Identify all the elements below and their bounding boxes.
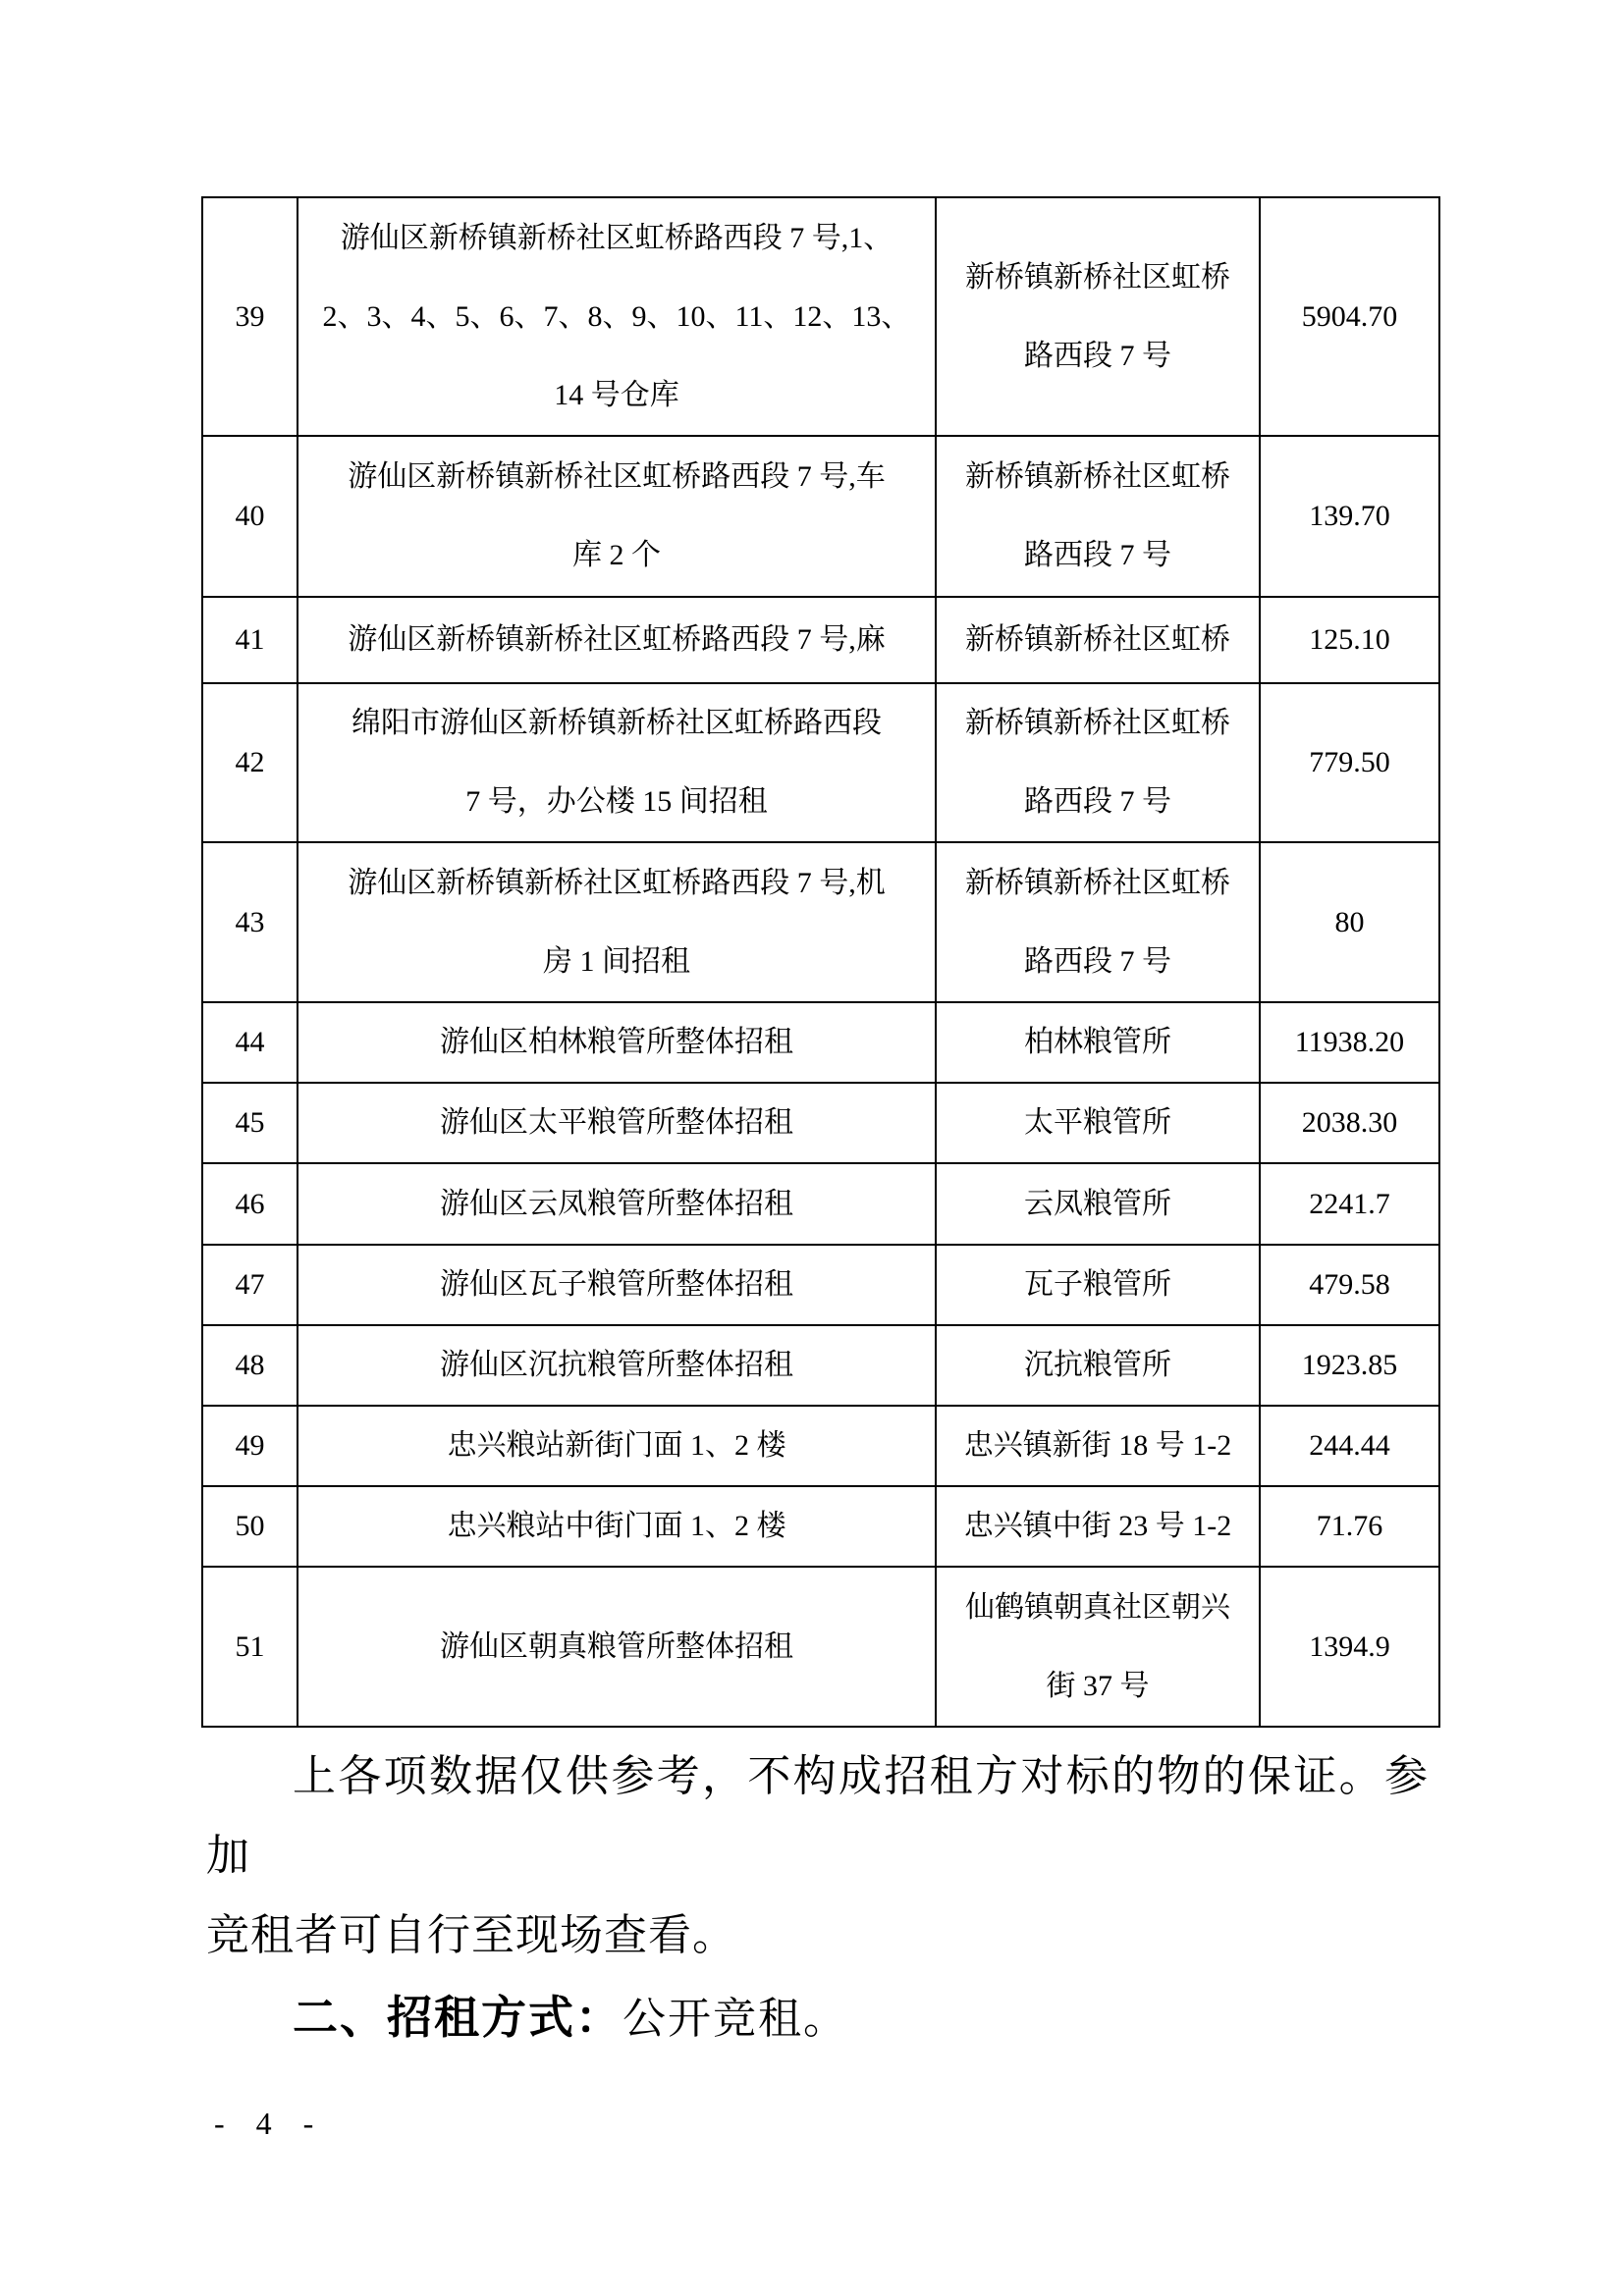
area-cell: 5904.70 xyxy=(1260,197,1439,436)
description-cell: 游仙区沉抗粮管所整体招租 xyxy=(298,1325,936,1406)
description-cell: 游仙区新桥镇新桥社区虹桥路西段 7 号,机 房 1 间招租 xyxy=(298,842,936,1002)
description-cell: 游仙区朝真粮管所整体招租 xyxy=(298,1567,936,1727)
location-cell: 新桥镇新桥社区虹桥 xyxy=(936,597,1260,683)
row-index-cell: 41 xyxy=(202,597,298,683)
area-cell: 479.58 xyxy=(1260,1245,1439,1325)
description-cell: 游仙区新桥镇新桥社区虹桥路西段 7 号,1、 2、3、4、5、6、7、8、9、1… xyxy=(298,197,936,436)
section-heading-value: 公开竞租。 xyxy=(623,1995,848,2043)
location-cell: 沉抗粮管所 xyxy=(936,1325,1260,1406)
section-heading-label: 二、招租方式： xyxy=(293,1992,623,2043)
notes-paragraph: 上各项数据仅供参考，不构成招租方对标的物的保证。参加 竞租者可自行至现场查看。 xyxy=(206,1736,1429,1975)
area-cell: 2241.7 xyxy=(1260,1163,1439,1245)
row-index-cell: 39 xyxy=(202,197,298,436)
description-cell: 忠兴粮站新街门面 1、2 楼 xyxy=(298,1406,936,1486)
area-cell: 11938.20 xyxy=(1260,1002,1439,1083)
description-cell: 游仙区新桥镇新桥社区虹桥路西段 7 号,车 库 2 个 xyxy=(298,436,936,597)
table-row: 46 游仙区云凤粮管所整体招租 云凤粮管所 2241.7 xyxy=(202,1163,1439,1245)
section-heading: 二、招租方式：公开竞租。 xyxy=(206,1978,1429,2058)
description-cell: 绵阳市游仙区新桥镇新桥社区虹桥路西段 7 号，办公楼 15 间招租 xyxy=(298,683,936,842)
location-cell: 新桥镇新桥社区虹桥 路西段 7 号 xyxy=(936,197,1260,436)
area-cell: 71.76 xyxy=(1260,1486,1439,1567)
location-cell: 太平粮管所 xyxy=(936,1083,1260,1163)
description-cell: 忠兴粮站中街门面 1、2 楼 xyxy=(298,1486,936,1567)
row-index-cell: 43 xyxy=(202,842,298,1002)
location-cell: 忠兴镇中街 23 号 1-2 xyxy=(936,1486,1260,1567)
area-cell: 2038.30 xyxy=(1260,1083,1439,1163)
page-number: - 4 - xyxy=(214,2106,325,2142)
table-row: 44 游仙区柏林粮管所整体招租 柏林粮管所 11938.20 xyxy=(202,1002,1439,1083)
location-cell: 云凤粮管所 xyxy=(936,1163,1260,1245)
row-index-cell: 50 xyxy=(202,1486,298,1567)
location-cell: 新桥镇新桥社区虹桥 路西段 7 号 xyxy=(936,683,1260,842)
description-cell: 游仙区太平粮管所整体招租 xyxy=(298,1083,936,1163)
row-index-cell: 40 xyxy=(202,436,298,597)
area-cell: 1923.85 xyxy=(1260,1325,1439,1406)
row-index-cell: 45 xyxy=(202,1083,298,1163)
area-cell: 1394.9 xyxy=(1260,1567,1439,1727)
document-page: 39 游仙区新桥镇新桥社区虹桥路西段 7 号,1、 2、3、4、5、6、7、8、… xyxy=(0,0,1624,2296)
row-index-cell: 51 xyxy=(202,1567,298,1727)
row-index-cell: 44 xyxy=(202,1002,298,1083)
table-row: 40 游仙区新桥镇新桥社区虹桥路西段 7 号,车 库 2 个 新桥镇新桥社区虹桥… xyxy=(202,436,1439,597)
location-cell: 仙鹤镇朝真社区朝兴 街 37 号 xyxy=(936,1567,1260,1727)
description-cell: 游仙区云凤粮管所整体招租 xyxy=(298,1163,936,1245)
row-index-cell: 42 xyxy=(202,683,298,842)
table-row: 43 游仙区新桥镇新桥社区虹桥路西段 7 号,机 房 1 间招租 新桥镇新桥社区… xyxy=(202,842,1439,1002)
table-row: 45 游仙区太平粮管所整体招租 太平粮管所 2038.30 xyxy=(202,1083,1439,1163)
area-cell: 125.10 xyxy=(1260,597,1439,683)
location-cell: 新桥镇新桥社区虹桥 路西段 7 号 xyxy=(936,436,1260,597)
table-row: 50 忠兴粮站中街门面 1、2 楼 忠兴镇中街 23 号 1-2 71.76 xyxy=(202,1486,1439,1567)
lease-properties-table: 39 游仙区新桥镇新桥社区虹桥路西段 7 号,1、 2、3、4、5、6、7、8、… xyxy=(201,196,1440,1728)
row-index-cell: 49 xyxy=(202,1406,298,1486)
table-row: 41 游仙区新桥镇新桥社区虹桥路西段 7 号,麻 新桥镇新桥社区虹桥 125.1… xyxy=(202,597,1439,683)
table-row: 51 游仙区朝真粮管所整体招租 仙鹤镇朝真社区朝兴 街 37 号 1394.9 xyxy=(202,1567,1439,1727)
table-row: 39 游仙区新桥镇新桥社区虹桥路西段 7 号,1、 2、3、4、5、6、7、8、… xyxy=(202,197,1439,436)
row-index-cell: 48 xyxy=(202,1325,298,1406)
description-cell: 游仙区瓦子粮管所整体招租 xyxy=(298,1245,936,1325)
table-row: 42 绵阳市游仙区新桥镇新桥社区虹桥路西段 7 号，办公楼 15 间招租 新桥镇… xyxy=(202,683,1439,842)
row-index-cell: 47 xyxy=(202,1245,298,1325)
row-index-cell: 46 xyxy=(202,1163,298,1245)
location-cell: 忠兴镇新街 18 号 1-2 xyxy=(936,1406,1260,1486)
location-cell: 柏林粮管所 xyxy=(936,1002,1260,1083)
table-row: 47 游仙区瓦子粮管所整体招租 瓦子粮管所 479.58 xyxy=(202,1245,1439,1325)
area-cell: 80 xyxy=(1260,842,1439,1002)
description-cell: 游仙区柏林粮管所整体招租 xyxy=(298,1002,936,1083)
area-cell: 244.44 xyxy=(1260,1406,1439,1486)
location-cell: 瓦子粮管所 xyxy=(936,1245,1260,1325)
area-cell: 139.70 xyxy=(1260,436,1439,597)
area-cell: 779.50 xyxy=(1260,683,1439,842)
table-row: 49 忠兴粮站新街门面 1、2 楼 忠兴镇新街 18 号 1-2 244.44 xyxy=(202,1406,1439,1486)
location-cell: 新桥镇新桥社区虹桥 路西段 7 号 xyxy=(936,842,1260,1002)
table-row: 48 游仙区沉抗粮管所整体招租 沉抗粮管所 1923.85 xyxy=(202,1325,1439,1406)
description-cell: 游仙区新桥镇新桥社区虹桥路西段 7 号,麻 xyxy=(298,597,936,683)
